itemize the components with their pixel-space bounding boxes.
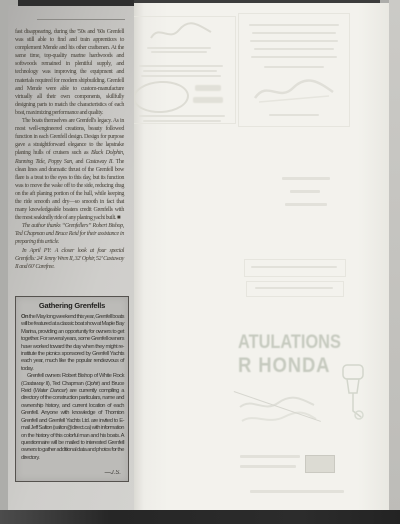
ghost-text-line xyxy=(147,47,211,49)
text-segment: , xyxy=(123,150,124,156)
article-paragraph: The boats themselves are Grenfell's lega… xyxy=(15,117,124,222)
ghost-text-line xyxy=(290,190,320,193)
ghost-text-line xyxy=(285,203,327,206)
sidebar-box-body: On the May long weekend this year, Grenf… xyxy=(21,314,124,462)
ghost-bold-text-smudge xyxy=(193,97,223,103)
ghost-script-logo xyxy=(147,22,217,44)
ghost-text-line xyxy=(139,115,225,117)
text-segment: Running Tide xyxy=(15,159,44,165)
text-segment: Poppy San xyxy=(48,159,72,165)
ghost-bold-text-smudge xyxy=(195,85,221,91)
ghost-text-line xyxy=(141,75,221,77)
text-segment: Castaway II xyxy=(86,159,113,165)
ghost-script-rows xyxy=(238,395,318,429)
ghost-text-line xyxy=(249,24,339,26)
text-segment: Water Dancer xyxy=(35,388,66,394)
ghost-text-line xyxy=(264,66,324,68)
scanned-magazine-spread: { "article": { "paragraphs": [ { "indent… xyxy=(0,0,400,524)
text-segment: In April PY: A closer look at four speci… xyxy=(15,248,124,270)
ghost-text-line xyxy=(151,51,207,53)
text-segment: Ophir xyxy=(87,381,99,387)
text-segment: , and xyxy=(72,159,86,165)
ghost-text-line xyxy=(240,465,296,468)
ghost-ad-box-left xyxy=(134,16,236,124)
ghost-text-line xyxy=(251,266,337,268)
ghost-oval-logo xyxy=(134,80,190,115)
text-segment: The author thanks “Grenfellers” Robert B… xyxy=(15,223,124,245)
article-paragraph: The author thanks “Grenfellers” Robert B… xyxy=(15,222,124,246)
ghost-text-line xyxy=(252,32,336,34)
ghost-midpage-text xyxy=(280,173,332,217)
article-text-column: fast disappearing, during the '50s and '… xyxy=(15,28,124,271)
scan-canvas: fast disappearing, during the '50s and '… xyxy=(0,0,400,524)
ghost-text-line xyxy=(251,56,337,58)
ghost-text-line xyxy=(282,177,330,180)
ghost-congratulations-line1: ATULATIONS xyxy=(238,333,341,353)
ghost-text-line xyxy=(143,70,217,72)
sidebar-box-title: Gathering Grenfells xyxy=(16,301,128,310)
text-segment: ), Ted Chapman ( xyxy=(48,381,87,387)
ghost-text-line xyxy=(254,48,334,50)
page-bottom-edge-shadow xyxy=(0,510,400,524)
gathering-grenfells-box: Gathering Grenfells On the May long week… xyxy=(15,296,129,482)
ghost-text-line xyxy=(143,120,221,122)
ghost-text-line xyxy=(250,490,344,493)
text-segment: Black Dolphin xyxy=(91,150,123,156)
header-rule xyxy=(37,19,125,20)
text-segment: ) are currently compiling a directory of… xyxy=(21,388,124,461)
ghost-congratulations-line2: R HONDA xyxy=(238,355,343,377)
article-paragraph: fast disappearing, during the '50s and '… xyxy=(15,28,124,117)
ghost-text-line xyxy=(255,287,333,289)
ghost-small-logo-box xyxy=(305,455,335,473)
article-paragraph: In April PY: A closer look at four speci… xyxy=(15,247,124,271)
right-page-outer-edge xyxy=(389,0,400,524)
ghost-text-line xyxy=(269,114,319,116)
ghost-text-line xyxy=(240,455,300,458)
page-top-edge-shadow-left xyxy=(18,0,134,6)
text-segment: fast disappearing, during the '50s and '… xyxy=(15,29,124,116)
ghost-text-line xyxy=(250,40,338,42)
sidebar-box-signoff: —J.S. xyxy=(105,470,121,476)
text-segment: On xyxy=(21,314,28,320)
ghost-strip-box xyxy=(244,259,346,277)
ghost-text-line xyxy=(139,65,223,67)
sidebar-paragraph: On the May long weekend this year, Grenf… xyxy=(21,314,124,373)
page-top-edge-shadow-right xyxy=(134,0,380,3)
ghost-ad-box-right xyxy=(238,13,350,127)
text-segment: . The clean lines and dramatic thrust of… xyxy=(15,159,124,222)
left-page: fast disappearing, during the '50s and '… xyxy=(8,5,135,511)
text-segment: Castaway II xyxy=(22,381,47,387)
sidebar-paragraph: Grenfell owners Robert Bishop of White R… xyxy=(21,373,124,462)
ghost-strip-box xyxy=(246,281,344,297)
ghost-signature-script xyxy=(249,76,339,106)
right-page: ATULATIONS R HONDA xyxy=(134,3,389,511)
ghost-outboard-motor-graphic xyxy=(340,363,368,425)
text-segment: the May long weekend this year, Grenfell… xyxy=(21,314,124,372)
